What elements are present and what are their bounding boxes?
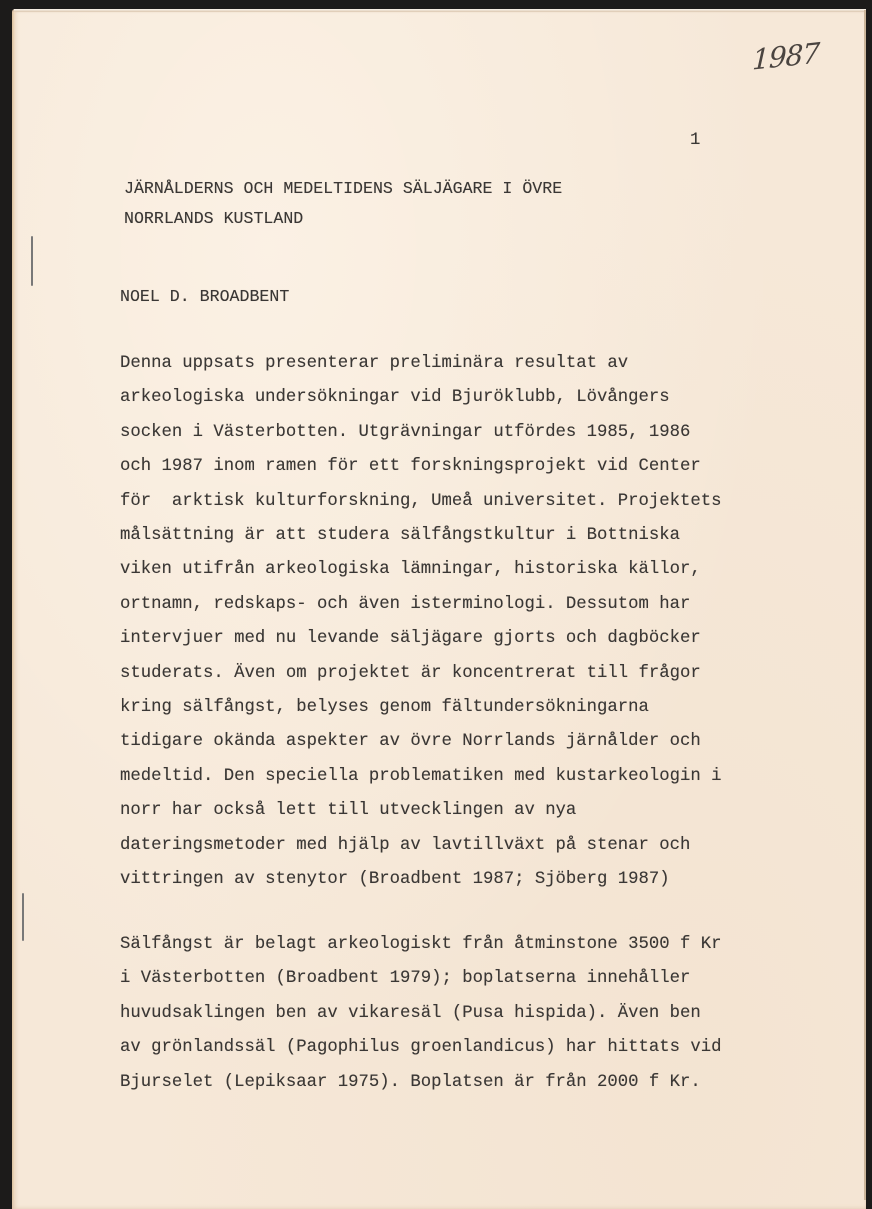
text-line: Denna uppsats presenterar preliminära re…	[120, 354, 628, 374]
text-line: ortnamn, redskaps- och även isterminolog…	[120, 595, 690, 615]
text-line: viken utifrån arkeologiska lämningar, hi…	[120, 560, 701, 580]
text-line: arkeologiska undersökningar vid Bjuröklu…	[120, 388, 670, 408]
text-line: och 1987 inom ramen för ett forskningspr…	[120, 457, 701, 477]
author-name: NOEL D. BROADBENT	[120, 287, 289, 307]
text-line: socken i Västerbotten. Utgrävningar utfö…	[120, 423, 690, 443]
text-line: målsättning är att studera sälfångstkult…	[120, 526, 680, 546]
paper-left-edge	[12, 12, 15, 1200]
document-title-line-1: JÄRNÅLDERNS OCH MEDELTIDENS SÄLJÄGARE I …	[124, 179, 562, 199]
text-line: medeltid. Den speciella problematiken me…	[120, 767, 722, 787]
text-line: kring sälfångst, belyses genom fältunder…	[120, 698, 649, 718]
text-line: intervjuer med nu levande säljägare gjor…	[120, 629, 701, 649]
staple-top	[31, 236, 33, 286]
paper-top-edge	[14, 9, 866, 12]
text-line: för arktisk kulturforskning, Umeå univer…	[120, 492, 722, 512]
text-line: studerats. Även om projektet är koncentr…	[120, 664, 701, 684]
text-line: vittringen av stenytor (Broadbent 1987; …	[120, 870, 670, 890]
text-line: norr har också lett till utvecklingen av…	[120, 801, 576, 821]
text-line: Sälfångst är belagt arkeologiskt från åt…	[120, 935, 722, 955]
text-line: i Västerbotten (Broadbent 1979); boplats…	[120, 969, 690, 989]
text-line: tidigare okända aspekter av övre Norrlan…	[120, 732, 701, 752]
document-title-line-2: NORRLANDS KUSTLAND	[124, 209, 303, 229]
text-line: Bjurselet (Lepiksaar 1975). Boplatsen är…	[120, 1073, 701, 1093]
page-number: 1	[690, 131, 700, 151]
staple-bottom	[22, 893, 24, 941]
text-line: huvudsaklingen ben av vikaresäl (Pusa hi…	[120, 1004, 701, 1024]
text-line: dateringsmetoder med hjälp av lavtillväx…	[120, 836, 690, 856]
paper-right-edge	[864, 10, 866, 1200]
text-line: av grönlandssäl (Pagophilus groenlandicu…	[120, 1038, 722, 1058]
